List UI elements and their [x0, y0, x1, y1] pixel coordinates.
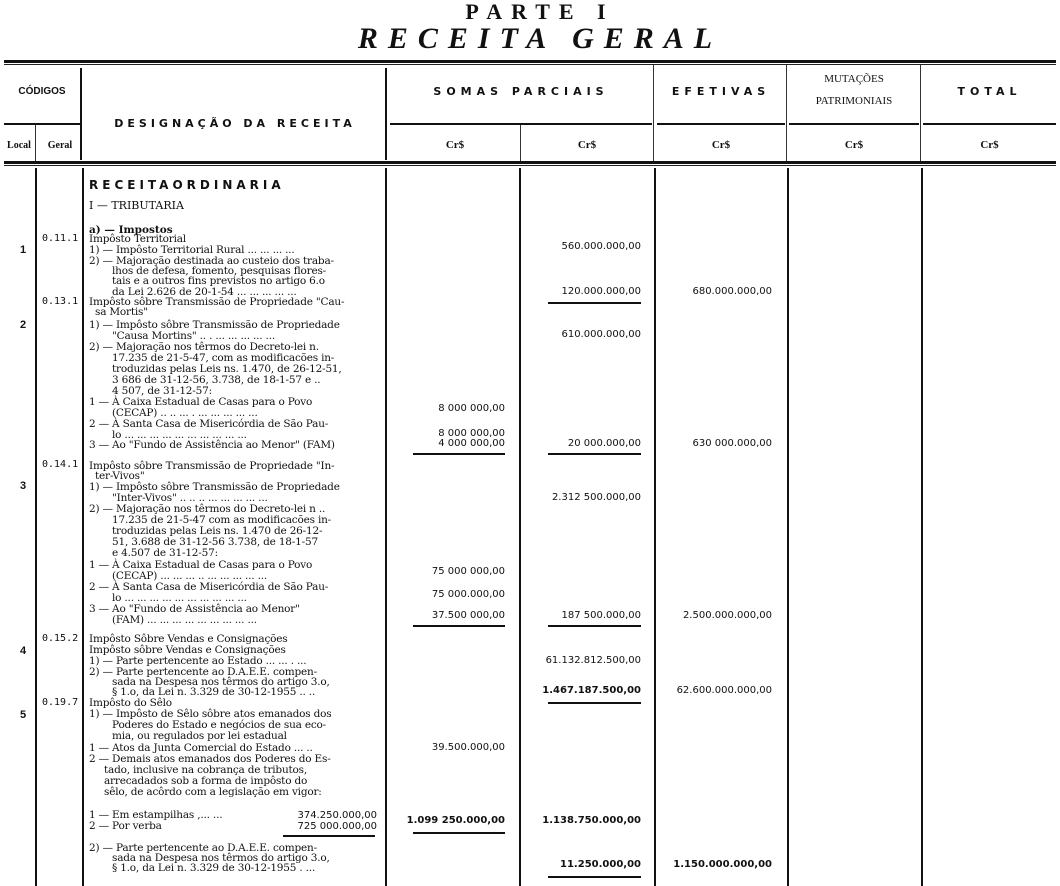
r3-item-1: 1) — Impôsto sôbre Transmissão de Propri…	[89, 482, 379, 493]
codigos-subrule	[4, 123, 80, 125]
efetivas-mutacoes-divider	[786, 65, 787, 161]
r3-dest-2: 2 — À Santa Casa de Misericórdia de São …	[89, 582, 379, 593]
body-total-divider	[921, 168, 923, 886]
mutacoes-header-line2: PATRIMONIAIS	[789, 90, 919, 112]
header-top-rule	[4, 60, 1056, 63]
r2-item-1-cont: "Causa Mortins" .. . ... ... ... ... ...	[112, 331, 402, 342]
r2-cecap-value: 8 000 000,00	[390, 403, 505, 414]
r5-dest-1: 1 — Atos da Junta Comercial do Estado ..…	[89, 743, 379, 754]
r3-item-1-cont: "Inter-Vivos" .. .. .. ... ... ... ... .…	[112, 493, 402, 504]
section-tributaria: I — TRIBUTARIA	[89, 199, 184, 212]
r4-efetiva-value: 62.600.000.000,00	[660, 685, 772, 696]
r2-dest-3: 3 — Ao "Fundo de Assistência ao Menor" (…	[89, 440, 379, 451]
efetivas-subrule	[657, 123, 785, 125]
row-5-geral: 0.19.7	[42, 697, 78, 708]
designacao-header: DESIGNAÇÃO DA RECEITA	[85, 117, 385, 130]
r2-dest-2: 2 — À Santa Casa de Misericórdia de São …	[89, 419, 379, 430]
efetivas-header: EFETIVAS	[657, 85, 785, 98]
page-title: RECEITA GERAL	[0, 22, 1060, 56]
r5-demais-total-value: 1.099 250.000,00	[390, 815, 505, 826]
r5-col2-underline	[548, 876, 641, 878]
part-heading: PARTE I	[0, 0, 1060, 24]
body-geral-divider	[82, 168, 84, 886]
r4-subtitle: Impôsto sôbre Vendas e Consignações	[89, 645, 379, 656]
r5-dest-2: 2 — Demais atos emanados dos Poderes do …	[89, 754, 379, 765]
local-geral-divider	[35, 125, 36, 161]
r2-item-2-cont: troduzidas pelas Leis ns. 1.470, de 26-1…	[112, 364, 402, 375]
row-1-local: 1	[20, 244, 26, 256]
total-subrule	[923, 123, 1056, 125]
r2-fam-value: 4 000 000,00	[390, 438, 505, 449]
r5-dest-2-cont: tado, inclusive na cobrança de tributos,	[104, 765, 394, 776]
header-top-rule-thin	[4, 64, 1056, 65]
r3-title-cont: ter-Vivos"	[95, 471, 385, 482]
r3-inter-vivos-value: 2.312 500.000,00	[525, 492, 641, 503]
row-4-local: 4	[20, 645, 26, 657]
r2-majoracao-value: 20 000.000,00	[525, 438, 641, 449]
mutacoes-total-divider	[920, 65, 921, 161]
r5-selo-total-value: 1.138.750.000,00	[525, 815, 641, 826]
row-2-geral: 0.13.1	[42, 296, 78, 307]
r3-dest-2-cont: lo ... ... ... ... ... ... ... ... ... .…	[112, 593, 402, 604]
r4-item-2-cont: § 1.o, da Lei n. 3.329 de 30-12-1955 .. …	[112, 687, 402, 698]
r3-santa-casa-value: 75 000.000,00	[390, 589, 505, 600]
body-efetivas-divider	[654, 168, 656, 886]
header-bottom-rule	[4, 161, 1056, 164]
r4-estado-value: 61.132.812.500,00	[525, 655, 641, 666]
section-receita-ordinaria: RECEITAORDINARIA	[89, 178, 285, 192]
r5-daee-value: 11.250.000,00	[525, 859, 641, 870]
r3-item-2-cont: e 4.507 de 31-12-57:	[112, 548, 402, 559]
r2-dest-1: 1 — À Caixa Estadual de Casas para o Pov…	[89, 397, 379, 408]
row-3-local: 3	[20, 480, 26, 492]
r3-item-2-cont: 51, 3.688 de 31-12-56 3.738, de 18-1-57	[112, 537, 402, 548]
r5-item-2-cont: § 1.o, da Lei n. 3.329 de 30-12-1955 . .…	[112, 863, 402, 874]
r3-item-2-cont: troduzidas pelas Leis ns. 1.470 de 26-12…	[112, 526, 402, 537]
body-mutacoes-divider	[787, 168, 789, 886]
somas-efetivas-divider	[653, 65, 654, 161]
r5-efetiva-value: 1.150.000.000,00	[660, 859, 772, 870]
r1-item-2-cont: tais e a outros fins previstos no artigo…	[112, 276, 402, 287]
r5-title: Impôsto do Sêlo	[89, 698, 379, 709]
r2-col1-underline	[413, 453, 505, 455]
r2-item-2-cont: 17.235 de 21-5-47, com as modificacões i…	[112, 353, 402, 364]
r5-col1-underline	[413, 832, 505, 834]
row-1-geral: 0.11.1	[42, 233, 78, 244]
row-5-local: 5	[20, 709, 26, 721]
somas-parciais-header: SOMAS PARCIAIS	[390, 85, 652, 98]
codigos-header: CÓDIGOS	[4, 86, 80, 97]
total-header: TOTAL	[923, 85, 1056, 98]
r4-title: Impôsto Sôbre Vendas e Consignações	[89, 634, 379, 645]
somas-subrule	[390, 123, 652, 125]
body-local-divider	[35, 168, 37, 886]
currency-somas-2: Cr$	[522, 139, 652, 151]
r4-item-1: 1) — Parte pertencente ao Estado ... ...…	[89, 656, 379, 667]
header-bottom-rule-thin	[4, 165, 1056, 166]
r3-item-2: 2) — Majoração nos têrmos do Decreto-lei…	[89, 504, 379, 515]
body-somas-divider	[519, 168, 521, 886]
r3-dest-1: 1 — À Caixa Estadual de Casas para o Pov…	[89, 560, 379, 571]
geral-header: Geral	[38, 140, 82, 151]
currency-total: Cr$	[923, 139, 1056, 151]
r1-efetiva-value: 680.000.000,00	[660, 286, 772, 297]
r1-territorial-value: 560.000.000,00	[525, 241, 641, 252]
r3-majoracao-value: 187 500.000,00	[525, 610, 641, 621]
r2-item-2-cont: 4 507, de 31-12-57:	[112, 386, 402, 397]
r1-majoracao-value: 120.000.000,00	[525, 286, 641, 297]
designacao-divider	[385, 68, 387, 160]
r2-item-2-cont: 3 686 de 31-12-56, 3.738, de 18-1-57 e .…	[112, 375, 402, 386]
r2-item-1: 1) — Impôsto sôbre Transmissão de Propri…	[89, 320, 379, 331]
mutacoes-header-line1: MUTAÇÕES	[789, 68, 919, 90]
r5-junta-value: 39.500.000,00	[390, 742, 505, 753]
r2-dest-1-cont: (CECAP) .. .. ... . ... ... ... ... ...	[112, 408, 402, 419]
r4-col2-underline	[548, 702, 641, 704]
r2-causa-mortis-value: 610.000.000,00	[525, 329, 641, 340]
r3-dest-3-cont: (FAM) ... ... ... ... ... ... ... ... ..…	[112, 615, 402, 626]
r1-item-1: 1) — Impôsto Territorial Rural ... ... .…	[89, 245, 379, 256]
r3-dest-3: 3 — Ao "Fundo de Assistência ao Menor"	[89, 604, 379, 615]
r1-title: Impôsto Territorial	[89, 234, 379, 245]
somas-inner-divider	[520, 125, 521, 161]
row-2-local: 2	[20, 319, 26, 331]
currency-somas-1: Cr$	[390, 139, 520, 151]
r2-title-cont: sa Mortis"	[95, 307, 385, 318]
r2-efetiva-value: 630 000.000,00	[660, 438, 772, 449]
r3-fam-value: 37.500 000,00	[390, 610, 505, 621]
r2-item-2: 2) — Majoração nos têrmos do Decreto-lei…	[89, 342, 379, 353]
row-3-geral: 0.14.1	[42, 459, 78, 470]
r5-item-1-cont: mia, ou regulados por lei estadual	[112, 731, 402, 742]
r5-item-1: 1) — Impôsto de Sêlo sôbre atos emanados…	[89, 709, 379, 720]
r3-col1-underline	[413, 625, 505, 627]
r3-col2-underline	[548, 625, 641, 627]
currency-efetivas: Cr$	[657, 139, 785, 151]
r5-verba-value: 725 000.000,00	[260, 821, 377, 832]
r1-col2-underline	[548, 302, 641, 304]
r5-estampilhas-value: 374.250.000,00	[260, 810, 377, 821]
local-header: Local	[2, 140, 36, 151]
r5-dest-2-cont: sêlo, de acôrdo com a legislação em vigo…	[104, 787, 394, 798]
r3-dest-1-cont: (CECAP) ... ... ... .. ... ... ... ... .…	[112, 571, 402, 582]
codigos-divider	[80, 68, 82, 160]
r4-daee-value: 1.467.187.500,00	[525, 685, 641, 696]
r3-efetiva-value: 2.500.000.000,00	[660, 610, 772, 621]
r5-sub-underline	[283, 835, 375, 837]
r5-item-1-cont: Poderes do Estado e negócios de sua eco-	[112, 720, 402, 731]
r2-col2-underline	[548, 453, 641, 455]
currency-mutacoes: Cr$	[789, 139, 919, 151]
r3-item-2-cont: 17.235 de 21-5-47 com as modificacões in…	[112, 515, 402, 526]
mutacoes-subrule	[789, 123, 919, 125]
row-4-geral: 0.15.2	[42, 633, 78, 644]
r5-dest-2-cont: arrecadados sob a forma de impôsto do	[104, 776, 394, 787]
r3-cecap-value: 75 000 000,00	[390, 566, 505, 577]
